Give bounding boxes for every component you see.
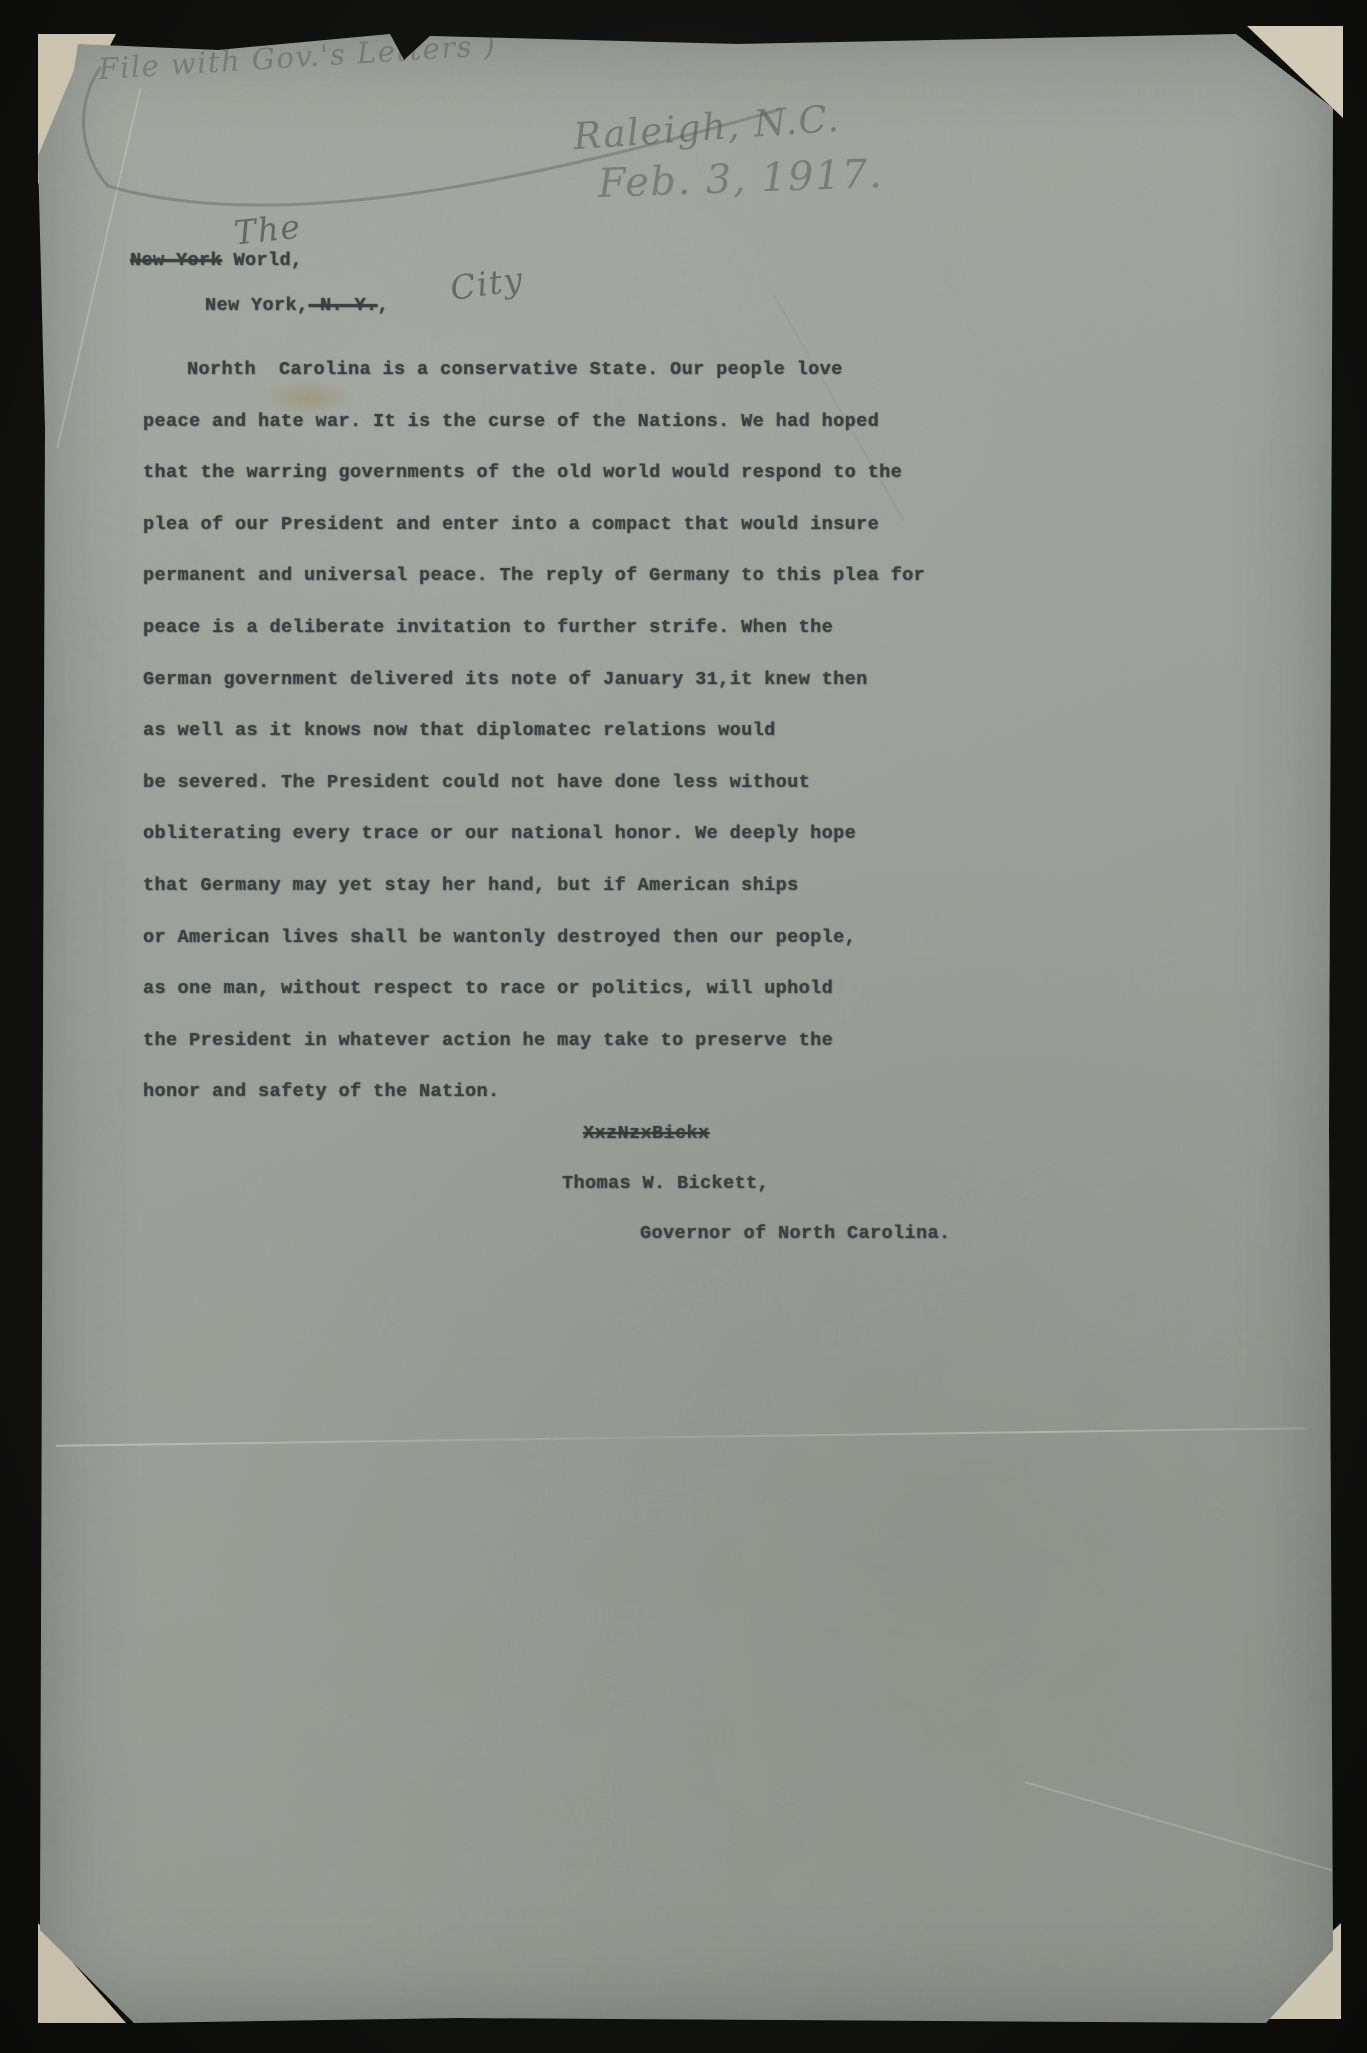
body-line: peace is a deliberate invitation to furt… — [143, 602, 1283, 654]
recipient-line-2: New York, N. Y., — [205, 295, 389, 316]
signature-name: Thomas W. Bickett, — [562, 1173, 769, 1194]
body-line: as well as it knows now that diplomatec … — [143, 705, 1283, 757]
recipient-line-1: New York World, — [130, 250, 303, 271]
recipient-city: New York, — [205, 295, 309, 316]
place-handwriting: Raleigh, N.C. — [572, 97, 842, 159]
body-line: that Germany may yet stay her hand, but … — [143, 860, 1283, 912]
signature-title: Governor of North Carolina. — [640, 1223, 951, 1244]
filing-note-handwriting: File with Gov.'s Letters ) — [97, 28, 497, 86]
signature-strikeout: XxzNzxBickx — [583, 1123, 710, 1144]
letter-body: Norhth Carolina is a conservative State.… — [143, 344, 1283, 1118]
body-line: that the warring governments of the old … — [143, 447, 1283, 499]
body-line: honor and safety of the Nation. — [143, 1066, 1283, 1118]
recipient-name-rest: World, — [222, 250, 303, 271]
body-line: as one man, without respect to race or p… — [143, 963, 1283, 1015]
body-line: plea of our President and enter into a c… — [143, 499, 1283, 551]
body-line: Norhth Carolina is a conservative State.… — [143, 344, 1283, 396]
body-line: peace and hate war. It is the curse of t… — [143, 396, 1283, 448]
fold-crease-bottom-right — [1024, 1781, 1351, 1877]
fold-crease-top-left — [56, 88, 141, 449]
body-line: or American lives shall be wantonly dest… — [143, 912, 1283, 964]
recipient-name-struck: New York — [130, 250, 222, 271]
body-line: obliterating every trace or our national… — [143, 808, 1283, 860]
letter-paper: File with Gov.'s Letters ) Raleigh, N.C.… — [38, 28, 1333, 2023]
recipient-city-suffix: , — [378, 295, 390, 316]
body-line: the President in whatever action he may … — [143, 1015, 1283, 1067]
body-line: German government delivered its note of … — [143, 654, 1283, 706]
body-line: permanent and universal peace. The reply… — [143, 550, 1283, 602]
body-line: be severed. The President could not have… — [143, 757, 1283, 809]
recipient-state-struck: N. Y. — [309, 295, 378, 316]
date-handwriting: Feb. 3, 1917. — [597, 151, 884, 207]
scanned-letter-page: File with Gov.'s Letters ) Raleigh, N.C.… — [0, 0, 1367, 2053]
fold-crease-horizontal — [56, 1427, 1306, 1446]
inserted-word-city: City — [448, 259, 526, 308]
inserted-word-the: The — [232, 207, 303, 253]
